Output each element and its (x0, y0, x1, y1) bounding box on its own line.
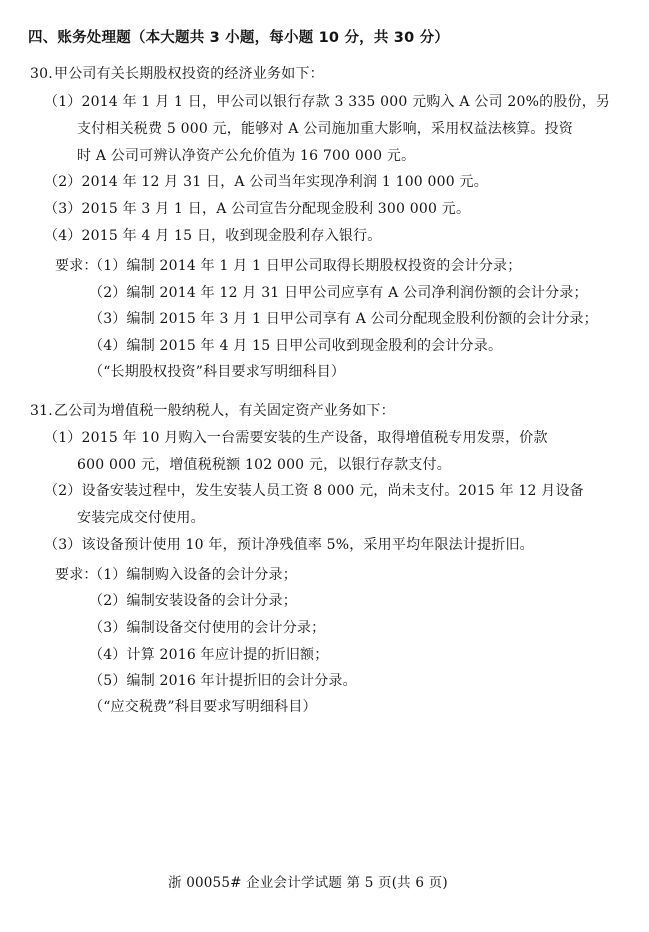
item-1-line-2: 600 000 元，增值税税额 102 000 元，以银行存款支付。 (77, 456, 451, 474)
page-footer: 浙 00055# 企业会计学试题 第 5 页(共 6 页) (168, 874, 448, 892)
question-number: 31. (30, 402, 53, 420)
requirement-3: （3）编制设备交付使用的会计分录； (89, 619, 325, 637)
item-3: （3）该设备预计使用 10 年，预计净残值率 5%，采用平均年限法计提折旧。 (44, 536, 534, 554)
requirement-5: （5）编制 2016 年计提折旧的会计分录。 (89, 672, 357, 690)
item-1-line-1: （1）2015 年 10 月购入一台需要安装的生产设备，取得增值税专用发票，价款 (44, 429, 548, 447)
item-2-line-2: 安装完成交付使用。 (77, 509, 205, 527)
requirements-note: （“长期股权投资”科目要求写明细科目） (89, 363, 345, 381)
requirement-4: （4）编制 2015 年 4 月 15 日甲公司收到现金股利的会计分录。 (89, 337, 502, 355)
requirement-4: （4）计算 2016 年应计提的折旧额； (89, 646, 328, 664)
question-stem: 乙公司为增值税一般纳税人，有关固定资产业务如下： (54, 402, 395, 420)
question-stem: 甲公司有关长期股权投资的经济业务如下： (54, 65, 324, 83)
requirement-3: （3）编制 2015 年 3 月 1 日甲公司享有 A 公司分配现金股利份额的会… (89, 310, 598, 328)
question-number: 30. (30, 65, 53, 83)
requirements-note: （“应交税费”科目要求写明细科目） (89, 698, 317, 716)
item-4: （4）2015 年 4 月 15 日，收到现金股利存入银行。 (44, 227, 382, 245)
requirement-1: （1）编制购入设备的会计分录； (89, 566, 297, 584)
requirement-2: （2）编制安装设备的会计分录； (89, 592, 297, 610)
section-heading: 四、账务处理题（本大题共 3 小题，每小题 10 分，共 30 分） (28, 29, 449, 47)
item-1-line-3: 时 A 公司可辨认净资产公允价值为 16 700 000 元。 (77, 147, 415, 165)
item-2: （2）2014 年 12 月 31 日，A 公司当年实现净利润 1 100 00… (44, 173, 488, 191)
requirement-2: （2）编制 2014 年 12 月 31 日甲公司应享有 A 公司净利润份额的会… (89, 284, 588, 302)
requirement-1: （1）编制 2014 年 1 月 1 日甲公司取得长期股权投资的会计分录； (89, 257, 521, 275)
item-1-line-1: （1）2014 年 1 月 1 日，甲公司以银行存款 3 335 000 元购入… (44, 93, 610, 111)
item-3: （3）2015 年 3 月 1 日，A 公司宣告分配现金股利 300 000 元… (44, 200, 470, 218)
item-2-line-1: （2）设备安装过程中，发生安装人员工资 8 000 元，尚未支付。2015 年 … (44, 482, 584, 500)
item-1-line-2: 支付相关税费 5 000 元，能够对 A 公司施加重大影响，采用权益法核算。投资 (77, 120, 573, 138)
